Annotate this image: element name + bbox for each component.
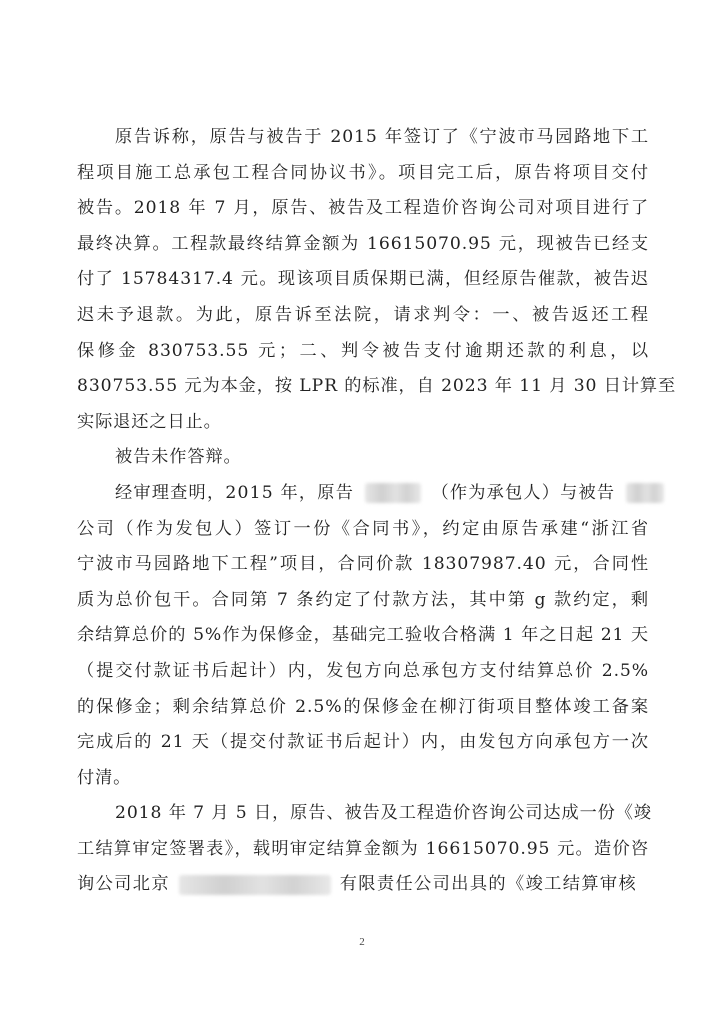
text-line: 被告。2018 年 7 月，原告、被告及工程造价咨询公司对项目进行了 [77,191,649,227]
text-line: 保修金 830753.55 元；二、判令被告支付逾期还款的利息，以 [77,334,649,370]
redacted-defendant-name [626,483,664,503]
body-text: 原告诉称，原告与被告于 2015 年签订了《宁波市马园路地下工 程项目施工总承包… [77,120,649,903]
document-page: 原告诉称，原告与被告于 2015 年签订了《宁波市马园路地下工 程项目施工总承包… [0,0,724,1024]
text-line: 被告未作答辩。 [77,440,649,476]
text-line: 工结算审定签署表》，载明审定结算金额为 16615070.95 元。造价咨 [77,832,649,868]
text-line: 宁波市马园路地下工程”项目，合同价款 18307987.40 元，合同性 [77,547,649,583]
text-line-with-redaction: 经审理查明，2015 年，原告 （作为承包人）与被告 [77,476,649,512]
redacted-company-name [179,875,331,895]
text-line: 原告诉称，原告与被告于 2015 年签订了《宁波市马园路地下工 [77,120,649,156]
text-line: 程项目施工总承包工程合同协议书》。项目完工后，原告将项目交付 [77,156,649,192]
text-line: 830753.55 元为本金，按 LPR 的标准，自 2023 年 11 月 3… [77,369,649,405]
text-segment: 询公司北京 [77,874,170,894]
text-segment: （作为承包人）与被告 [431,483,615,503]
text-line: 质为总价包干。合同第 7 条约定了付款方法，其中第 g 款约定，剩 [77,583,649,619]
text-segment: 经审理查明，2015 年，原告 [115,483,354,503]
text-line: 公司（作为发包人）签订一份《合同书》，约定由原告承建“浙江省 [77,512,649,548]
text-line: 2018 年 7 月 5 日，原告、被告及工程造价咨询公司达成一份《竣 [77,796,649,832]
text-line: 余结算总价的 5%作为保修金，基础完工验收合格满 1 年之日起 21 天 [77,618,649,654]
text-line: 迟未予退款。为此，原告诉至法院，请求判令：一、被告返还工程 [77,298,649,334]
redacted-plaintiff-name [365,483,421,503]
text-line: 实际退还之日止。 [77,405,649,441]
text-segment: 有限责任公司出具的《竣工结算审核 [340,874,637,894]
text-line-with-redaction: 询公司北京 有限责任公司出具的《竣工结算审核 [77,867,649,903]
text-line: 完成后的 21 天（提交付款证书后起计）内，由发包方向承包方一次 [77,725,649,761]
text-line: 付清。 [77,761,649,797]
page-number: 2 [0,936,724,948]
text-line: 付了 15784317.4 元。现该项目质保期已满，但经原告催款，被告迟 [77,262,649,298]
text-line: （提交付款证书后起计）内，发包方向总承包方支付结算总价 2.5% [77,654,649,690]
text-line: 的保修金；剩余结算总价 2.5%的保修金在柳汀街项目整体竣工备案 [77,690,649,726]
text-line: 最终决算。工程款最终结算金额为 16615070.95 元，现被告已经支 [77,227,649,263]
